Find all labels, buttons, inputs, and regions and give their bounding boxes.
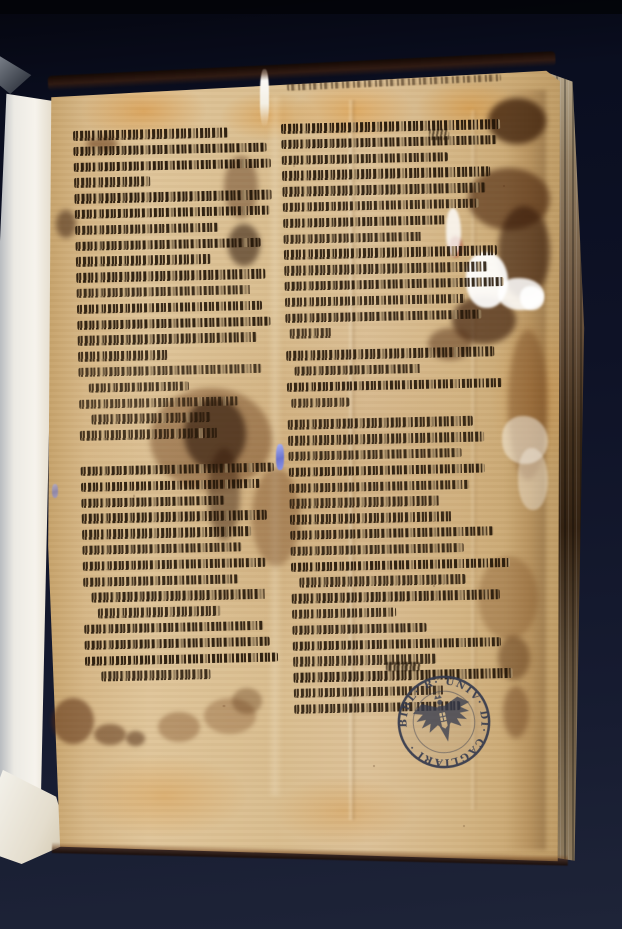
smudge — [126, 731, 145, 746]
manuscript-text-line — [283, 215, 445, 228]
manuscript-text-line — [282, 152, 448, 165]
manuscript-text-line — [295, 364, 422, 376]
manuscript-text-line — [291, 543, 464, 556]
manuscript-text-line — [291, 557, 511, 571]
blue-ink-mark — [276, 444, 284, 470]
manuscript-text-line — [288, 448, 461, 461]
manuscript-text-line — [75, 223, 218, 236]
manuscript-text-line — [84, 621, 263, 635]
manuscript-text-line — [290, 526, 493, 540]
manuscript-text-line — [75, 206, 270, 220]
manuscript-text-line — [299, 574, 465, 587]
manuscript-text-line — [91, 589, 266, 602]
manuscript-text-line — [82, 526, 251, 539]
manuscript-text-line — [77, 316, 270, 330]
manuscript-text-line — [85, 636, 270, 650]
manuscript-text-line — [292, 607, 396, 619]
top-left-clip — [0, 52, 34, 94]
library-stamp: BIBL· R· UNIV· DI· CAGLIARI · — [387, 665, 501, 779]
manuscript-text-line — [293, 637, 501, 651]
manuscript-text-line — [81, 479, 260, 493]
manuscript-text-line — [289, 479, 469, 493]
manuscript-text-line — [77, 301, 262, 315]
photo-of-manuscript: BIBL· R· UNIV· DI· CAGLIARI · — [0, 0, 622, 929]
manuscript-text-line — [289, 463, 486, 477]
manuscript-text-line — [79, 396, 238, 409]
manuscript-text-line — [284, 231, 423, 244]
marginal-note-script — [386, 662, 420, 671]
manuscript-text-line — [285, 309, 482, 323]
smudge — [94, 724, 126, 745]
manuscript-text-line — [282, 167, 490, 181]
manuscript-text-line — [285, 294, 465, 308]
manuscript-text-line — [98, 606, 222, 618]
manuscript-text-line — [81, 495, 224, 508]
manuscript-text-line — [101, 669, 211, 681]
stamp-svg: BIBL· R· UNIV· DI· CAGLIARI · — [387, 665, 501, 779]
manuscript-text-line — [74, 158, 271, 172]
manuscript-text-line — [74, 190, 271, 204]
manuscript-text-line — [287, 378, 502, 392]
manuscript-text-line — [290, 511, 452, 524]
manuscript-text-line — [74, 177, 150, 188]
smudge — [158, 712, 200, 742]
manuscript-text-line — [83, 557, 266, 571]
manuscript-text-line — [85, 652, 278, 666]
manuscript-text-line — [76, 254, 211, 267]
manuscript-text-line — [76, 237, 261, 251]
manuscript-text-line — [292, 623, 426, 636]
manuscript-text-line — [91, 412, 211, 424]
manuscript-text-line — [82, 542, 241, 555]
right-text-column — [281, 119, 525, 721]
manuscript-text-line — [76, 269, 265, 283]
manuscript-text-line — [282, 183, 485, 197]
manuscript-text-line — [78, 364, 261, 378]
manuscript-text-line — [80, 428, 219, 441]
manuscript-text-line — [73, 142, 266, 156]
manuscript-text-line — [292, 589, 500, 603]
smudge — [232, 688, 262, 714]
manuscript-text-line — [284, 246, 497, 260]
manuscript-text-line — [83, 574, 238, 587]
manuscript-text-line — [82, 510, 267, 524]
manuscript-text-line — [284, 262, 487, 276]
manuscript-text-line — [290, 496, 440, 509]
manuscript-text-line — [89, 381, 189, 393]
manuscript-text-line — [283, 199, 480, 213]
manuscript-text-line — [291, 397, 349, 408]
manuscript-text-line — [77, 285, 252, 298]
manuscript-text-line — [281, 135, 496, 149]
manuscript-text-line — [78, 332, 257, 346]
manuscript-text-line — [78, 350, 168, 362]
smudge — [52, 698, 94, 744]
left-text-column — [73, 126, 285, 687]
blue-ink-mark — [52, 484, 58, 498]
manuscript-text-line — [285, 277, 505, 291]
manuscript-text-line — [290, 328, 332, 338]
manuscript-text-line — [288, 432, 485, 446]
